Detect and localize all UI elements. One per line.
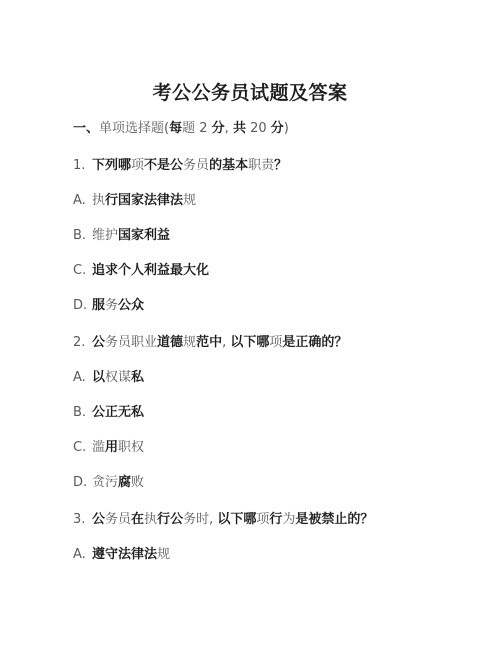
text-segment: 行 bbox=[269, 512, 282, 527]
text-segment: 执 bbox=[92, 193, 105, 208]
text-segment: 权谋 bbox=[105, 370, 131, 385]
text-segment: 败 bbox=[131, 475, 144, 490]
option-row: A.遵守法律法规 bbox=[73, 546, 500, 564]
option-text: 遵守法律法规 bbox=[92, 547, 170, 562]
text-segment: 遵守法律法 bbox=[92, 547, 157, 562]
text-segment: ？ bbox=[274, 158, 287, 173]
option-text: 以权谋私 bbox=[92, 370, 144, 385]
option-row: B.维护国家利益 bbox=[73, 227, 500, 245]
text-segment: ) bbox=[284, 121, 289, 136]
text-segment: 务 bbox=[105, 298, 118, 313]
text-segment: 贪污 bbox=[92, 475, 118, 490]
text-segment: 务员职业 bbox=[105, 335, 157, 350]
text-segment: 共 bbox=[233, 121, 246, 136]
option-row: B.公正无私 bbox=[73, 404, 500, 422]
text-segment: 分 bbox=[212, 121, 225, 136]
section-heading: 一、单项选择题(每题 2 分, 共 20 分) bbox=[73, 120, 500, 138]
document-page: 考公公务员试题及答案 一、单项选择题(每题 2 分, 共 20 分) 1.下列哪… bbox=[0, 0, 500, 647]
option-label: B. bbox=[73, 404, 92, 422]
text-segment: 道德 bbox=[157, 335, 183, 350]
text-segment: 以下哪 bbox=[230, 335, 269, 350]
question-number: 2. bbox=[73, 334, 92, 352]
question-number: 3. bbox=[73, 511, 92, 529]
document-title: 考公公务员试题及答案 bbox=[0, 80, 500, 106]
option-label: D. bbox=[73, 297, 92, 315]
text-segment: , bbox=[225, 121, 233, 136]
text-segment: 20 bbox=[246, 121, 271, 136]
text-segment: 是被禁止的？ bbox=[295, 512, 373, 527]
text-segment: 执 bbox=[144, 512, 157, 527]
text-segment: 分 bbox=[271, 121, 284, 136]
option-label: D. bbox=[73, 474, 92, 492]
text-segment: 以下哪 bbox=[217, 512, 256, 527]
text-segment: 私 bbox=[131, 370, 144, 385]
option-row: D.服务公众 bbox=[73, 297, 500, 315]
text-segment: 每 bbox=[169, 121, 182, 136]
text-segment: 以 bbox=[92, 370, 105, 385]
question-stem: 3.公务员在执行公务时, 以下哪项行为是被禁止的？ bbox=[73, 511, 500, 529]
text-segment: 务时 bbox=[183, 512, 209, 527]
text-segment: 职责 bbox=[248, 158, 274, 173]
option-row: A.以权谋私 bbox=[73, 369, 500, 387]
text-segment: 公 bbox=[92, 335, 105, 350]
text-segment: 维护 bbox=[92, 228, 118, 243]
question-stem: 1.下列哪项不是公务员的基本职责？ bbox=[73, 157, 500, 175]
option-label: A. bbox=[73, 546, 92, 564]
text-segment: 的基本 bbox=[209, 158, 248, 173]
option-text: 公正无私 bbox=[92, 405, 144, 420]
text-segment: 规 bbox=[183, 335, 196, 350]
text-segment: 公 bbox=[92, 512, 105, 527]
option-text: 执行国家法律法规 bbox=[92, 193, 196, 208]
text-segment: 腐 bbox=[118, 475, 131, 490]
option-text: 追求个人利益最大化 bbox=[92, 263, 209, 278]
option-label: A. bbox=[73, 369, 92, 387]
question-stem: 2.公务员职业道德规范中, 以下哪项是正确的？ bbox=[73, 334, 500, 352]
text-segment: 国家利益 bbox=[118, 228, 170, 243]
option-row: A.执行国家法律法规 bbox=[73, 192, 500, 210]
option-row: D.贪污腐败 bbox=[73, 474, 500, 492]
text-segment: 公正无私 bbox=[92, 405, 144, 420]
text-segment: 范中 bbox=[196, 335, 222, 350]
text-segment: 务员 bbox=[105, 512, 131, 527]
text-segment: 在 bbox=[131, 512, 144, 527]
text-segment: 是正确的？ bbox=[282, 335, 347, 350]
option-row: C.追求个人利益最大化 bbox=[73, 262, 500, 280]
text-segment: 职权 bbox=[118, 440, 144, 455]
text-segment: 追求个人利益最大化 bbox=[92, 263, 209, 278]
option-text: 维护国家利益 bbox=[92, 228, 170, 243]
option-text: 滥用职权 bbox=[92, 440, 144, 455]
question-number: 1. bbox=[73, 157, 92, 175]
text-segment: 单项选择题( bbox=[99, 121, 169, 136]
text-segment: 规 bbox=[183, 193, 196, 208]
text-segment: 项 bbox=[256, 512, 269, 527]
text-segment: 滥 bbox=[92, 440, 105, 455]
text-segment: 不是公 bbox=[144, 158, 183, 173]
text-segment: 项 bbox=[131, 158, 144, 173]
option-label: A. bbox=[73, 192, 92, 210]
text-segment: 题 2 bbox=[182, 121, 212, 136]
text-segment: 行公 bbox=[157, 512, 183, 527]
text-segment: 下列哪 bbox=[92, 158, 131, 173]
questions-list: 1.下列哪项不是公务员的基本职责？A.执行国家法律法规B.维护国家利益C.追求个… bbox=[0, 157, 500, 564]
text-segment: 服 bbox=[92, 298, 105, 313]
option-row: C.滥用职权 bbox=[73, 439, 500, 457]
text-segment: 一、 bbox=[73, 121, 99, 136]
option-label: C. bbox=[73, 262, 92, 280]
option-text: 贪污腐败 bbox=[92, 475, 144, 490]
text-segment: 行国家法律法 bbox=[105, 193, 183, 208]
option-label: B. bbox=[73, 227, 92, 245]
text-segment: 规 bbox=[157, 547, 170, 562]
text-segment: 项 bbox=[269, 335, 282, 350]
option-text: 服务公众 bbox=[92, 298, 144, 313]
text-segment: 为 bbox=[282, 512, 295, 527]
text-segment: 用 bbox=[105, 440, 118, 455]
option-label: C. bbox=[73, 439, 92, 457]
text-segment: 公众 bbox=[118, 298, 144, 313]
text-segment: 务员 bbox=[183, 158, 209, 173]
